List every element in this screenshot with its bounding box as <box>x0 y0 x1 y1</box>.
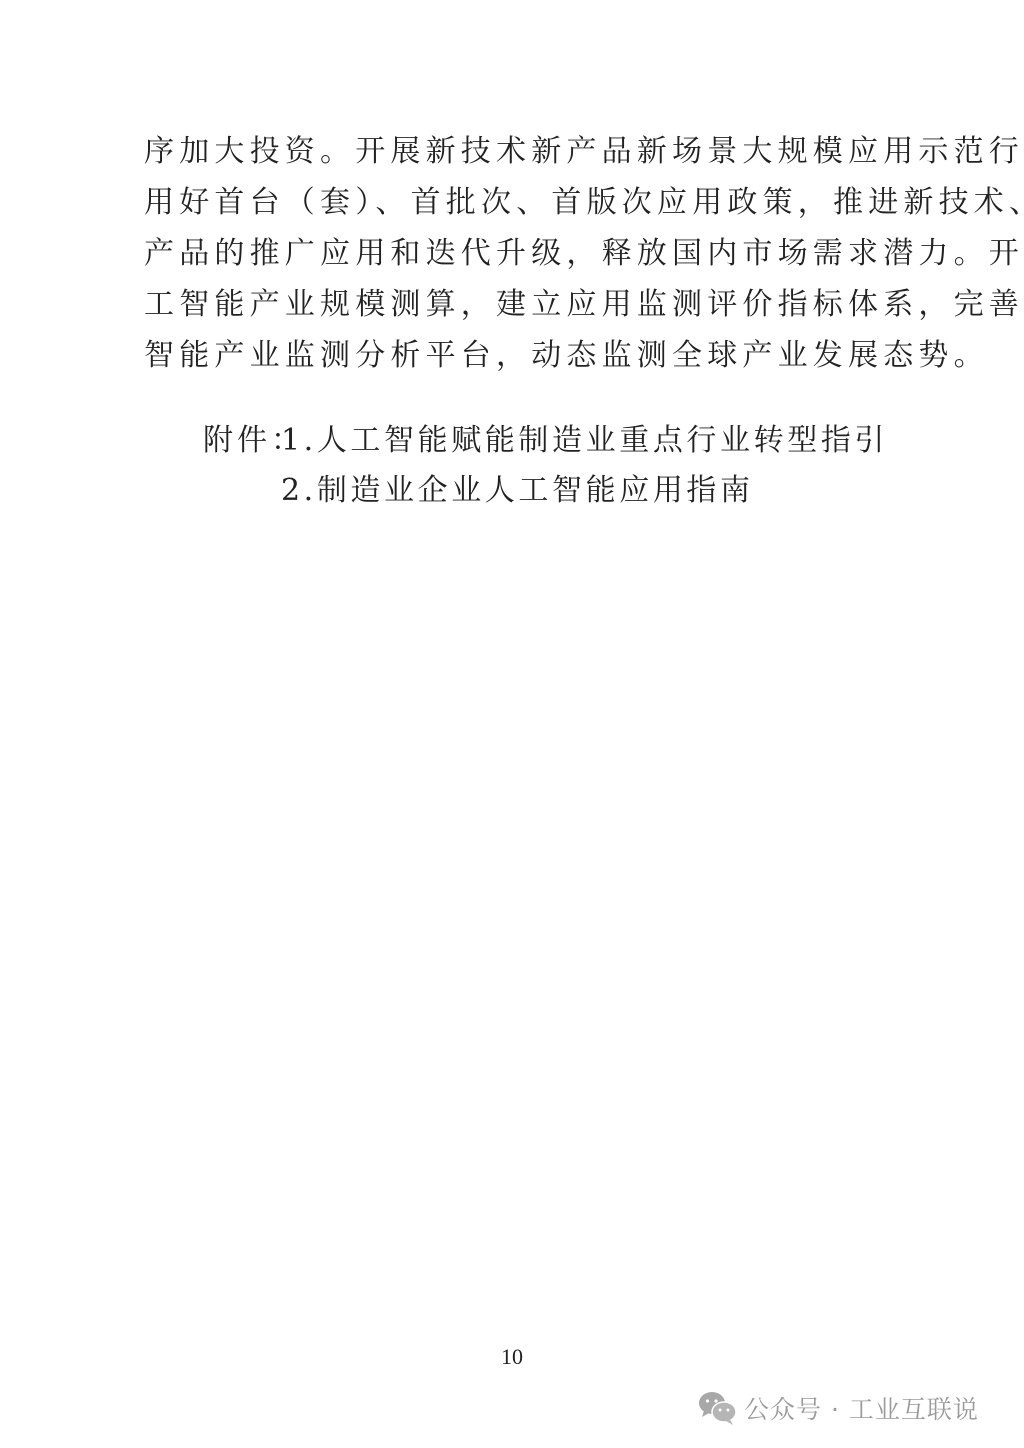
paragraph-line: 智能产业监测分析平台，动态监测全球产业发展态势。 <box>144 336 884 387</box>
document-page: 序加大投资。开展新技术新产品新场景大规模应用示范行动， 用好首台（套）、首批次、… <box>0 0 1024 1448</box>
paragraph-line: 工智能产业规模测算，建立应用监测评价指标体系，完善人工 <box>144 285 884 336</box>
watermark-text: 公众号 · 工业互联说 <box>744 1390 979 1426</box>
paragraph-line: 序加大投资。开展新技术新产品新场景大规模应用示范行动， <box>144 132 884 183</box>
attachments-list: 附件： 1.人工智能赋能制造业重点行业转型指引 2.制造业企业人工智能应用指南 <box>203 421 888 521</box>
attachment-item: 2.制造业企业人工智能应用指南 <box>281 471 754 521</box>
paragraph-line: 用好首台（套）、首批次、首版次应用政策，推进新技术、新 <box>144 183 884 234</box>
attachment-row: 2.制造业企业人工智能应用指南 <box>203 471 888 521</box>
attachments-label: 附件： <box>203 421 281 471</box>
body-paragraph: 序加大投资。开展新技术新产品新场景大规模应用示范行动， 用好首台（套）、首批次、… <box>144 132 884 387</box>
wechat-icon <box>698 1390 738 1426</box>
paragraph-line: 产品的推广应用和迭代升级，释放国内市场需求潜力。开展人 <box>144 234 884 285</box>
attachment-row: 附件： 1.人工智能赋能制造业重点行业转型指引 <box>203 421 888 471</box>
page-number: 10 <box>0 1344 1024 1370</box>
watermark: 公众号 · 工业互联说 <box>698 1390 979 1426</box>
attachment-item: 1.人工智能赋能制造业重点行业转型指引 <box>281 421 888 471</box>
